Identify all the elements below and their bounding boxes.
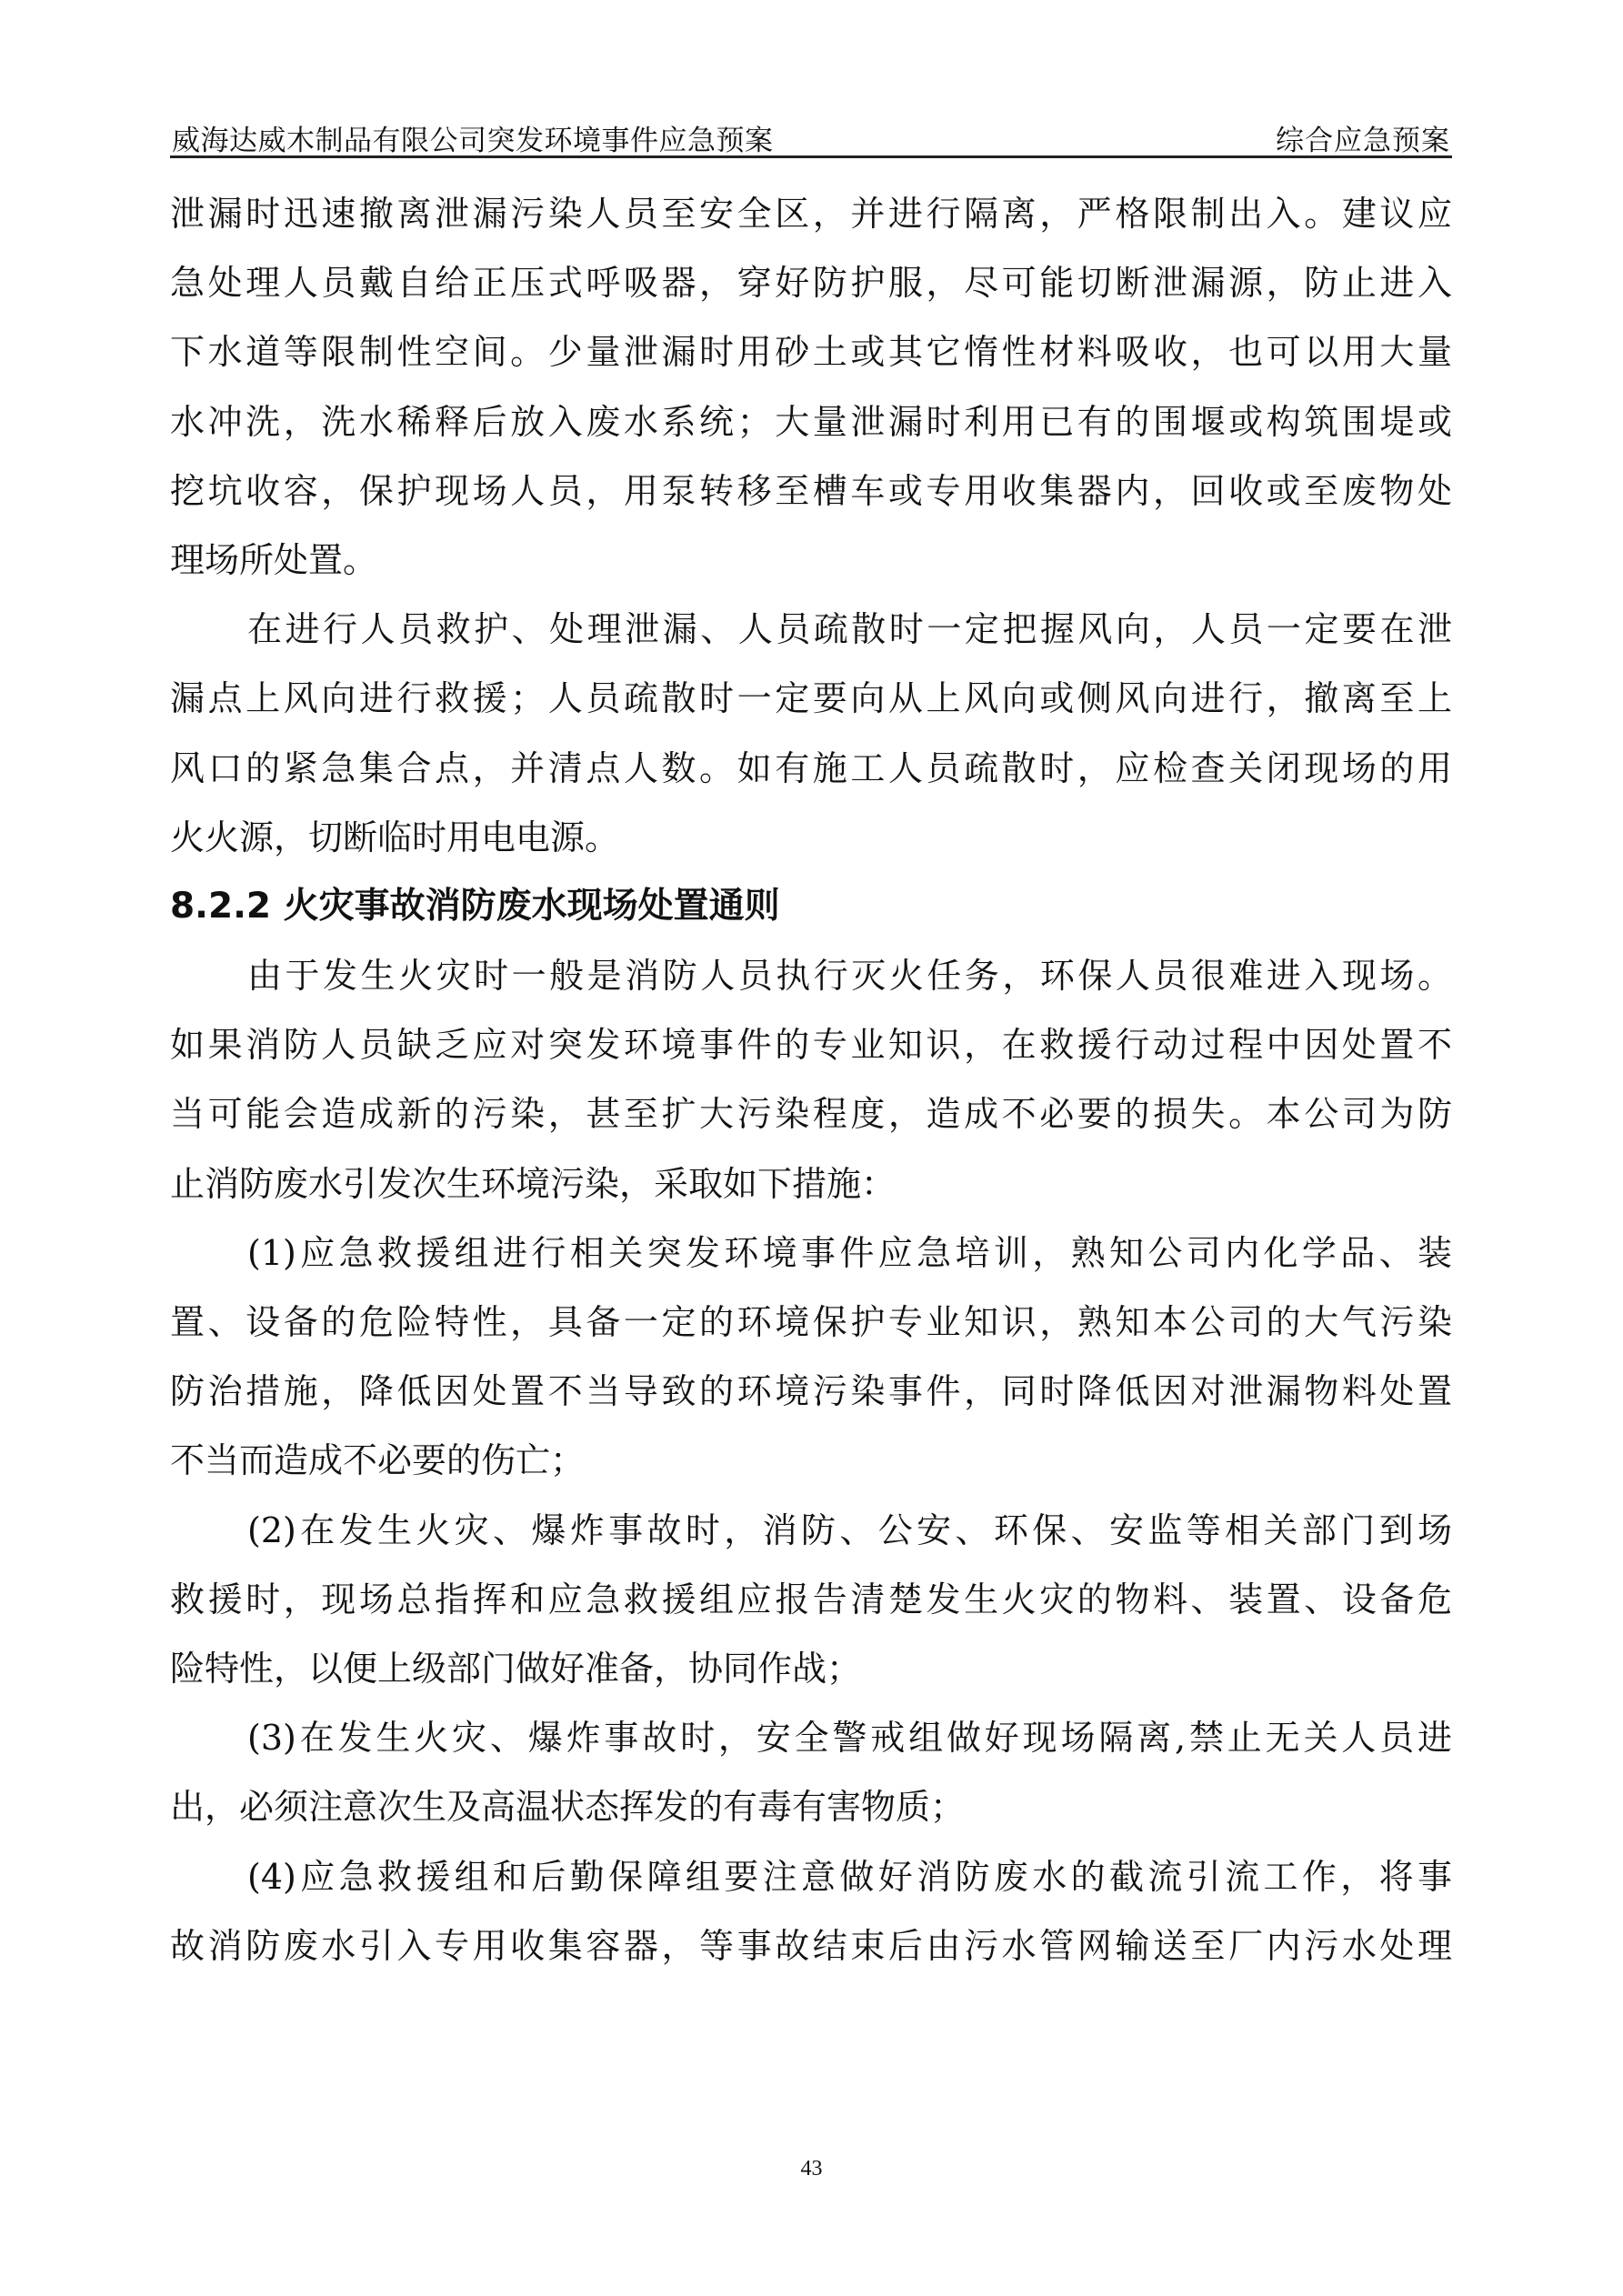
text-line: 防治措施，降低因处置不当导致的环境污染事件，同时降低因对泄漏物料处置 bbox=[170, 1357, 1452, 1426]
text-line: 止消防废水引发次生环境污染，采取如下措施： bbox=[170, 1149, 1452, 1218]
text-line: 急处理人员戴自给正压式呼吸器，穿好防护服，尽可能切断泄漏源，防止进入 bbox=[170, 248, 1452, 317]
text-line: 如果消防人员缺乏应对突发环境事件的专业知识，在救援行动过程中因处置不 bbox=[170, 1010, 1452, 1079]
text-line: 不当而造成不必要的伤亡； bbox=[170, 1426, 1452, 1495]
paragraph-fire-intro: 由于发生火灾时一般是消防人员执行灭火任务，环保人员很难进入现场。 如果消防人员缺… bbox=[170, 941, 1452, 1218]
section-heading: 8.2.2 火灾事故消防废水现场处置通则 bbox=[170, 872, 1452, 941]
list-item-1: (1)应急救援组进行相关突发环境事件应急培训，熟知公司内化学品、装 置、设备的危… bbox=[170, 1218, 1452, 1496]
text-line: (3)在发生火灾、爆炸事故时，安全警戒组做好现场隔离,禁止无关人员进 bbox=[170, 1703, 1452, 1772]
text-line: 由于发生火灾时一般是消防人员执行灭火任务，环保人员很难进入现场。 bbox=[170, 941, 1452, 1010]
document-page: 威海达威木制品有限公司突发环境事件应急预案 综合应急预案 泄漏时迅速撤离泄漏污染… bbox=[0, 0, 1623, 2296]
text-line: 置、设备的危险特性，具备一定的环境保护专业知识，熟知本公司的大气污染 bbox=[170, 1288, 1452, 1357]
text-line: 救援时，现场总指挥和应急救援组应报告清楚发生火灾的物料、装置、设备危 bbox=[170, 1565, 1452, 1634]
text-line: 出，必须注意次生及高温状态挥发的有毒有害物质； bbox=[170, 1772, 1452, 1841]
text-line: 风口的紧急集合点，并清点人数。如有施工人员疏散时，应检查关闭现场的用 bbox=[170, 734, 1452, 803]
text-line: (1)应急救援组进行相关突发环境事件应急培训，熟知公司内化学品、装 bbox=[170, 1218, 1452, 1288]
header-title: 威海达威木制品有限公司突发环境事件应急预案 bbox=[172, 117, 774, 158]
text-line: 挖坑收容，保护现场人员，用泵转移至槽车或专用收集器内，回收或至废物处 bbox=[170, 456, 1452, 526]
text-line: 泄漏时迅速撤离泄漏污染人员至安全区，并进行隔离，严格限制出入。建议应 bbox=[170, 179, 1452, 248]
paragraph-leak-handling: 泄漏时迅速撤离泄漏污染人员至安全区，并进行隔离，严格限制出入。建议应 急处理人员… bbox=[170, 179, 1452, 595]
text-line: 水冲洗，洗水稀释后放入废水系统；大量泄漏时利用已有的围堰或构筑围堤或 bbox=[170, 387, 1452, 456]
text-line: 火火源，切断临时用电电源。 bbox=[170, 803, 1452, 872]
text-line: 当可能会造成新的污染，甚至扩大污染程度，造成不必要的损失。本公司为防 bbox=[170, 1079, 1452, 1148]
text-line: 理场所处置。 bbox=[170, 526, 1452, 595]
text-line: (4)应急救援组和后勤保障组要注意做好消防废水的截流引流工作，将事 bbox=[170, 1842, 1452, 1911]
list-item-4: (4)应急救援组和后勤保障组要注意做好消防废水的截流引流工作，将事 故消防废水引… bbox=[170, 1842, 1452, 1980]
text-line: 险特性，以便上级部门做好准备，协同作战； bbox=[170, 1634, 1452, 1703]
text-line: 漏点上风向进行救援；人员疏散时一定要向从上风向或侧风向进行，撤离至上 bbox=[170, 664, 1452, 733]
text-line: 在进行人员救护、处理泄漏、人员疏散时一定把握风向，人员一定要在泄 bbox=[170, 595, 1452, 664]
text-line: (2)在发生火灾、爆炸事故时，消防、公安、环保、安监等相关部门到场 bbox=[170, 1496, 1452, 1565]
text-line: 下水道等限制性空间。少量泄漏时用砂土或其它惰性材料吸收，也可以用大量 bbox=[170, 317, 1452, 386]
page-number: 43 bbox=[0, 2157, 1623, 2181]
page-body: 泄漏时迅速撤离泄漏污染人员至安全区，并进行隔离，严格限制出入。建议应 急处理人员… bbox=[170, 179, 1452, 1980]
text-line: 故消防废水引入专用收集容器，等事故结束后由污水管网输送至厂内污水处理 bbox=[170, 1911, 1452, 1980]
header-section: 综合应急预案 bbox=[1276, 117, 1450, 158]
paragraph-wind-direction: 在进行人员救护、处理泄漏、人员疏散时一定把握风向，人员一定要在泄 漏点上风向进行… bbox=[170, 595, 1452, 872]
list-item-3: (3)在发生火灾、爆炸事故时，安全警戒组做好现场隔离,禁止无关人员进 出，必须注… bbox=[170, 1703, 1452, 1841]
page-header: 威海达威木制品有限公司突发环境事件应急预案 综合应急预案 bbox=[170, 112, 1452, 158]
list-item-2: (2)在发生火灾、爆炸事故时，消防、公安、环保、安监等相关部门到场 救援时，现场… bbox=[170, 1496, 1452, 1704]
